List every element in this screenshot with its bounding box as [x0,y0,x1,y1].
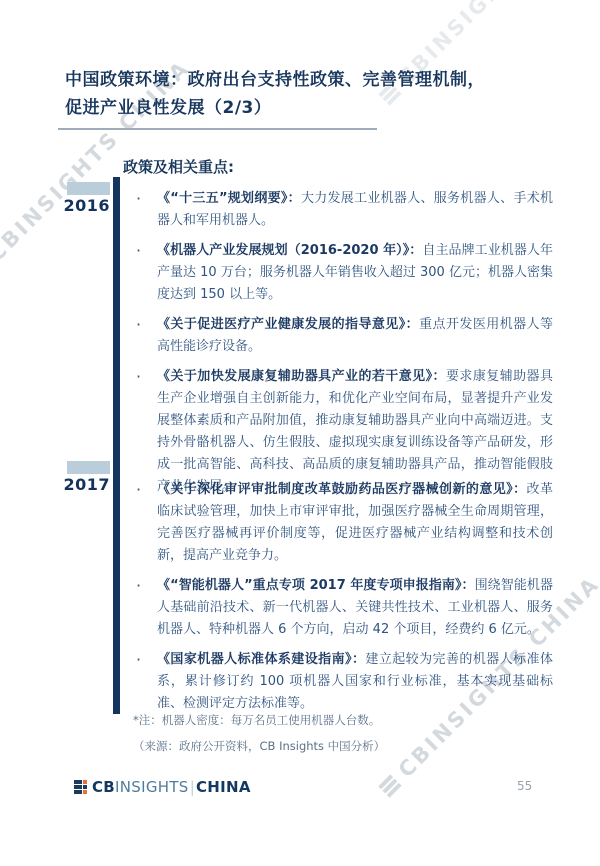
policy-bullet: ·《国家机器人标准体系建设指南》：建立起较为完善的机器人标准体系，累计修订约 1… [133,649,553,715]
year-label-2016: 2016 [54,182,110,216]
policy-bullet: ·《“十三五”规划纲要》：大力发展工业机器人、服务机器人、手术机器人和军用机器人… [133,188,553,232]
policy-title: 《“十三五”规划纲要》： [157,191,301,206]
year-text: 2017 [54,475,110,495]
policy-text: 《机器人产业发展规划（2016-2020 年）》：自主品牌工业机器人年产量达 1… [157,240,553,306]
policy-text: 《“十三五”规划纲要》：大力发展工业机器人、服务机器人、手术机器人和军用机器人。 [157,188,553,232]
year-bar-icon [67,461,110,474]
year-text: 2016 [54,196,110,216]
policy-text: 《关于深化审评审批制度改革鼓励药品医疗器械创新的意见》：改革临床试验管理，加快上… [157,479,553,567]
policy-title: 《“智能机器人”重点专项 2017 年度专项申报指南》： [157,578,475,593]
timeline-line [113,177,120,714]
policy-title: 《机器人产业发展规划（2016-2020 年）》： [157,243,422,258]
policy-body: 要求康复辅助器具生产企业增强自主创新能力，和优化产业空间布局，显著提升产业发展整… [157,369,553,494]
policy-list-2017: ·《关于深化审评审批制度改革鼓励药品医疗器械创新的意见》：改革临床试验管理，加快… [133,479,553,723]
policy-bullet: ·《关于促进医疗产业健康发展的指导意见》：重点开发医用机器人等高性能诊疗设备。 [133,314,553,358]
cbinsights-logo-mark-icon [378,774,401,797]
policy-list-2016: ·《“十三五”规划纲要》：大力发展工业机器人、服务机器人、手术机器人和军用机器人… [133,188,553,506]
policy-title: 《关于促进医疗产业健康发展的指导意见》： [157,317,419,332]
logo-text: CBINSIGHTS|CHINA [92,778,251,796]
page-title: 中国政策环境：政府出台支持性政策、完善管理机制， 促进产业良性发展（2/3） [65,66,545,122]
bullet-dot-icon: · [133,188,157,232]
section-header: 政策及相关重点: [123,156,234,177]
report-page: CBINSIGHTS CHINA CBINSIGHTS CHINA CBINSI… [0,0,600,866]
bullet-dot-icon: · [133,479,157,567]
logo-divider: | [190,778,195,796]
logo-cb: CB [92,778,115,796]
logo-china: CHINA [196,778,251,796]
footnote: *注：机器人密度：每万名员工使用机器人台数。 [133,712,380,728]
title-divider [58,128,377,130]
policy-text: 《“智能机器人”重点专项 2017 年度专项申报指南》：围绕智能机器人基础前沿技… [157,575,553,641]
bullet-dot-icon: · [133,314,157,358]
cbinsights-china-logo: CBINSIGHTS|CHINA [74,778,251,796]
page-title-line1: 中国政策环境：政府出台支持性政策、完善管理机制， [65,66,545,94]
policy-title: 《国家机器人标准体系建设指南》： [157,652,365,667]
logo-insights: INSIGHTS [115,778,189,796]
bullet-dot-icon: · [133,649,157,715]
policy-title: 《关于加快发展康复辅助器具产业的若干意见》： [157,369,446,384]
year-label-2017: 2017 [54,461,110,495]
year-bar-icon [67,182,110,195]
bullet-dot-icon: · [133,575,157,641]
page-number: 55 [517,779,532,793]
cbinsights-logo-mark-icon [74,780,87,794]
page-title-line2: 促进产业良性发展（2/3） [65,94,545,122]
policy-title: 《关于深化审评审批制度改革鼓励药品医疗器械创新的意见》： [157,482,527,497]
policy-text: 《国家机器人标准体系建设指南》：建立起较为完善的机器人标准体系，累计修订约 10… [157,649,553,715]
bullet-dot-icon: · [133,240,157,306]
policy-bullet: ·《关于深化审评审批制度改革鼓励药品医疗器械创新的意见》：改革临床试验管理，加快… [133,479,553,567]
policy-text: 《关于促进医疗产业健康发展的指导意见》：重点开发医用机器人等高性能诊疗设备。 [157,314,553,358]
policy-bullet: ·《机器人产业发展规划（2016-2020 年）》：自主品牌工业机器人年产量达 … [133,240,553,306]
policy-bullet: ·《“智能机器人”重点专项 2017 年度专项申报指南》：围绕智能机器人基础前沿… [133,575,553,641]
source-note: （来源：政府公开资料，CB Insights 中国分析） [133,738,385,754]
